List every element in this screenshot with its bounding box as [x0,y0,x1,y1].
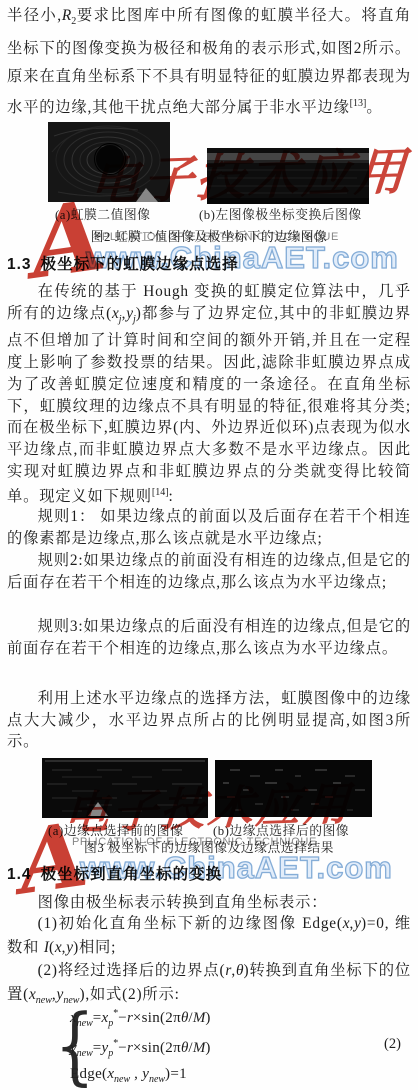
text-run: new [149,1074,165,1085]
rule3-paragraph: 规则3:如果边缘点的后面没有相连的边缘点,但是它的前面存在若干个相连的边缘点,那… [7,616,411,659]
text-run: 。 [366,99,382,116]
section-1-4-number: 1.4 [7,866,32,883]
text-run: )都参与了边界定位,其中的非虹膜边界点不但增加了计算时间和空间的额外开销,并且在… [7,305,411,506]
text-run: x [29,986,36,1003]
figure3b-edges-after-selection [215,760,372,817]
equation-line-2: ynew=yp*−r×sin(2πθ/M) [70,1038,211,1059]
equation-line-3: Edge(xnew , ynew)=1 [70,1066,187,1085]
text-run: x [70,1010,77,1026]
text-run: [13] [350,98,367,109]
text-run: = [93,1010,102,1026]
text-run: : [169,488,174,505]
figure2b-polar-transformed-image [207,148,369,204]
text-run: y [142,1066,149,1082]
text-run: y [354,915,361,932]
step1-paragraph: (1)初始化直角坐标下新的边缘图像 Edge(x,y)=0, 维数和 I(x,y… [7,912,411,959]
section-1-3-heading: 1.3极坐标下的虹膜边缘点选择 [7,252,411,274]
text-run: − [118,1040,127,1056]
text-run: [14] [152,487,169,498]
text-run: − [118,1010,127,1026]
text-run: Edge( [70,1066,107,1082]
text-run: new [114,1074,130,1085]
text-run: M [193,1040,206,1056]
text-run: y [70,1040,77,1056]
section-1-4-title: 极坐标到直角坐标的变换 [41,866,223,883]
text-run: p [108,1018,113,1029]
text-run: x [112,305,119,322]
section-1-3-body: 在传统的基于 Hough 变换的虹膜定位算法中，几乎所有的边缘点(xj,yj)都… [7,281,411,508]
text-run: ),如式(2)所示: [79,986,179,1003]
text-run: R [62,7,71,24]
text-run: ×sin(2π [133,1040,181,1056]
paper-page: 半径小,R2要求比图库中所有图像的虹膜半径大。将直角坐标下的图像变换为极径和极角… [0,0,418,1090]
text-run: (2)将经过选择后的边界点( [38,962,226,979]
fig2b-boundary-band [207,153,369,160]
equation-number: (2) [384,1036,401,1053]
text-run: , [130,1066,142,1082]
text-run: ) [205,1040,210,1056]
text-run: (1)初始化直角坐标下新的边缘图像 Edge( [38,915,343,932]
figure2-subcaptions: (a)虹膜二值图像 (b)左图像极坐标变换后图像 [0,204,418,220]
text-run: ) [205,1010,210,1026]
figure2b-caption: (b)左图像极坐标变换后图像 [199,204,362,223]
text-run: new [77,1048,93,1059]
text-run: ×sin(2π [133,1010,181,1026]
text-run: new [36,995,52,1006]
section-1-4-lead: 图像由极坐标表示转换到直角坐标表示： [7,891,411,915]
text-run: x [55,939,62,956]
text-run: x [343,915,350,932]
fig3a-background [42,758,208,818]
summary-paragraph: 利用上述水平边缘点的选择方法，虹膜图像中的边缘点大大减少，水平边界点所占的比例明… [7,688,411,753]
text-run: M [193,1010,206,1026]
rule2-paragraph: 规则2:如果边缘点的前面没有相连的边缘点,但是它的后面存在若干个相连的边缘点,那… [7,550,411,593]
section-1-3-title: 极坐标下的虹膜边缘点选择 [41,256,239,273]
text-run: )相同; [73,939,116,956]
figure3a-edges-before-selection [42,758,208,818]
figure3-subcaptions: (a)边缘点选择前的图像 (b)边缘点选择后的图像 [0,820,418,836]
equation-line-1: xnew=xp*−r×sin(2πθ/M) [70,1008,211,1029]
text-run: new [77,1018,93,1029]
text-run: y [126,305,133,322]
text-run: 半径小, [7,7,62,24]
figure2a-iris-binary-image [48,122,170,202]
text-run: )=1 [165,1066,187,1082]
rule1-paragraph: 规则1： 如果边缘点的前面以及后面存在若干个相连的像素都是边缘点,那么该点就是水… [7,506,411,549]
fig2b-band-shadow [207,160,369,163]
intro-paragraph: 半径小,R2要求比图库中所有图像的虹膜半径大。将直角坐标下的图像变换为极径和极角… [7,2,411,122]
fig3b-background [215,760,372,817]
text-run: x [107,1066,114,1082]
figure2-caption: 图2 虹膜二值图像及极坐标下的边缘图像 [0,226,418,245]
fig2a-pupil [96,145,124,173]
text-run: = [93,1040,102,1056]
figure2a-caption: (a)虹膜二值图像 [55,204,150,223]
figure3-caption: 图3 极坐标下的边缘图像及边缘点选择结果 [0,837,418,856]
section-1-4-heading: 1.4极坐标到直角坐标的变换 [7,862,411,884]
text-run: p [108,1048,113,1059]
section-1-3-number: 1.3 [7,256,32,273]
